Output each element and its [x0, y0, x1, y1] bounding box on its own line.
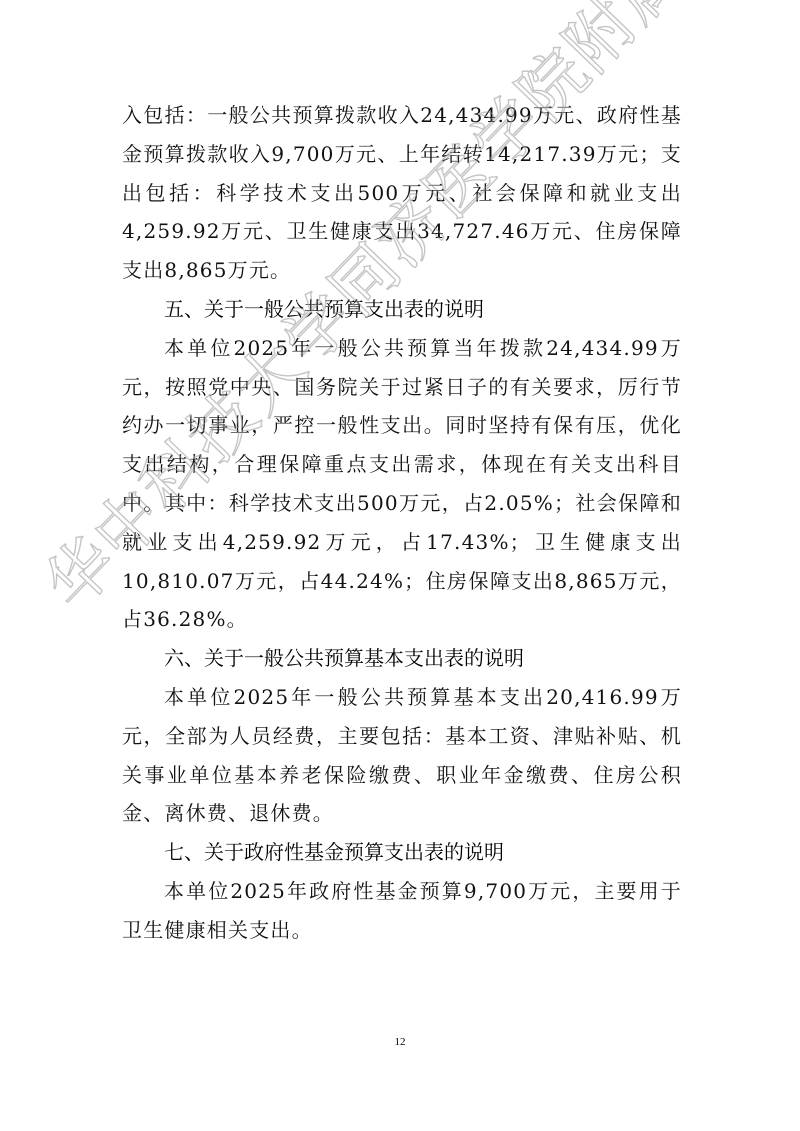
paragraph-basic-expenditure: 本单位2025年一般公共预算基本支出20,416.99万元，全部为人员经费，主要…	[122, 678, 682, 833]
paragraph-general-budget-expenditure: 本单位2025年一般公共预算当年拨款24,434.99万元，按照党中央、国务院关…	[122, 329, 682, 639]
section-heading-7: 七、关于政府性基金预算支出表的说明	[122, 833, 682, 872]
paragraph-government-fund-budget: 本单位2025年政府性基金预算9,700万元，主要用于卫生健康相关支出。	[122, 872, 682, 950]
page-number: 12	[0, 1036, 800, 1048]
section-heading-6: 六、关于一般公共预算基本支出表的说明	[122, 639, 682, 678]
paragraph-income-expenditure-summary: 入包括：一般公共预算拨款收入24,434.99万元、政府性基金预算拨款收入9,7…	[122, 96, 682, 290]
section-heading-5: 五、关于一般公共预算支出表的说明	[122, 290, 682, 329]
document-body: 入包括：一般公共预算拨款收入24,434.99万元、政府性基金预算拨款收入9,7…	[122, 96, 682, 950]
